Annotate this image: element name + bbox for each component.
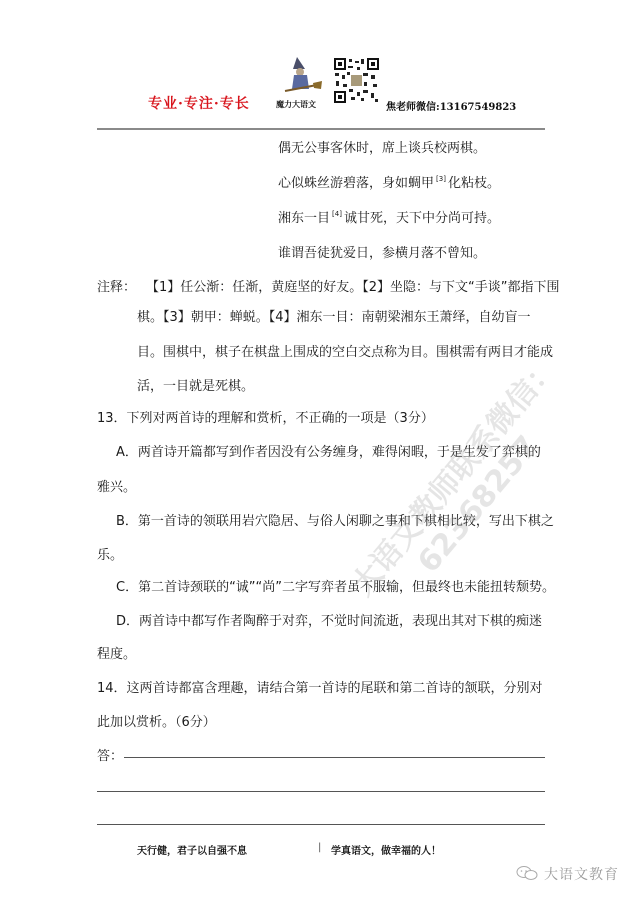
option-b: B．第一首诗的领联用岩穴隐居、与俗人闲聊之事和下棋相比较，写出下棋之 xyxy=(116,510,554,529)
poem-text: 诚甘死，天下中分尚可持。 xyxy=(344,211,500,226)
footer-motto: 天行健，君子以自强不息 xyxy=(137,842,247,857)
note-line: 活，一目就是死棋。 xyxy=(137,375,254,394)
watermark-line: 62368257 xyxy=(411,373,593,580)
poem-line: 偶无公事客休时，席上谈兵校两棋。 xyxy=(278,137,486,156)
poem-text: 偶无公事客休时，席上谈兵校两棋。 xyxy=(278,141,486,156)
footer-separator: | xyxy=(318,842,321,853)
qr-code-icon xyxy=(333,57,380,104)
note-line: 棋。【3】朝甲：蝉蜕。【4】湘东一目：南朝梁湘东王萧绎，自幼盲一 xyxy=(137,306,531,325)
answer-line[interactable] xyxy=(97,824,545,825)
wechat-logo-icon xyxy=(515,865,539,881)
page-header: 专业·专注·专长 魔力大语文 焦老师微信:13167549823 xyxy=(0,0,640,130)
watermark-line: 大语文教师联系微信： xyxy=(345,350,565,603)
brand-name: 魔力大语文 xyxy=(276,99,316,110)
question-14-cont: 此加以赏析。（6分） xyxy=(97,711,216,730)
witch-mascot-icon xyxy=(283,55,323,97)
footnote-marker: [4] xyxy=(332,210,342,218)
option-d: D．两首诗中都写作者陶醉于对弈，不觉时间流逝，表现出其对下棋的痴迷 xyxy=(116,610,542,629)
poem-line: 湘东一目[4]诚甘死，天下中分尚可持。 xyxy=(278,207,500,226)
header-divider xyxy=(97,128,545,130)
poem-line: 心似蛛丝游碧落，身如蜩甲[3]化粘枝。 xyxy=(278,172,500,191)
option-d-cont: 程度。 xyxy=(97,643,136,662)
note-line: 【1】任公渐：任渐，黄庭坚的好友。【2】坐隐：与下文“手谈”都指下围 xyxy=(146,276,560,295)
poem-text: 化粘枝。 xyxy=(448,176,500,191)
question-13-stem: 13．下列对两首诗的理解和赏析，不正确的一项是（3分） xyxy=(97,407,434,426)
answer-line[interactable] xyxy=(124,757,545,758)
option-a: A．两首诗开篇都写到作者因没有公务缠身，难得闲暇，于是生发了弈棋的 xyxy=(116,441,541,460)
answer-line[interactable] xyxy=(97,791,545,792)
option-a-cont: 雅兴。 xyxy=(97,476,136,495)
footnote-marker: [3] xyxy=(436,175,446,183)
option-c: C．第二首诗颈联的“诚”“尚”二字写弈者虽不服输，但最终也未能扭转颓势。 xyxy=(116,576,555,595)
corner-watermark-text: 大语文教育 xyxy=(544,864,619,884)
note-line: 目。围棋中，棋子在棋盘上围成的空白交点称为目。围棋需有两目才能成 xyxy=(137,341,553,360)
notes-label: 注释： xyxy=(97,276,136,295)
answer-label: 答： xyxy=(97,745,123,764)
question-14-stem: 14．这两首诗都富含理趣，请结合第一首诗的尾联和第二首诗的颔联，分别对 xyxy=(97,677,543,696)
header-slogan: 专业·专注·专长 xyxy=(148,93,250,113)
footer-slogan: 学真语文，做幸福的人！ xyxy=(331,842,441,857)
poem-line: 谁谓吾徒犹爱日，参横月落不曾知。 xyxy=(278,242,486,261)
poem-text: 湘东一目 xyxy=(278,211,330,226)
teacher-contact: 焦老师微信:13167549823 xyxy=(386,98,516,113)
option-b-cont: 乐。 xyxy=(97,544,123,563)
poem-text: 谁谓吾徒犹爱日，参横月落不曾知。 xyxy=(278,246,486,261)
poem-text: 心似蛛丝游碧落，身如蜩甲 xyxy=(278,176,434,191)
